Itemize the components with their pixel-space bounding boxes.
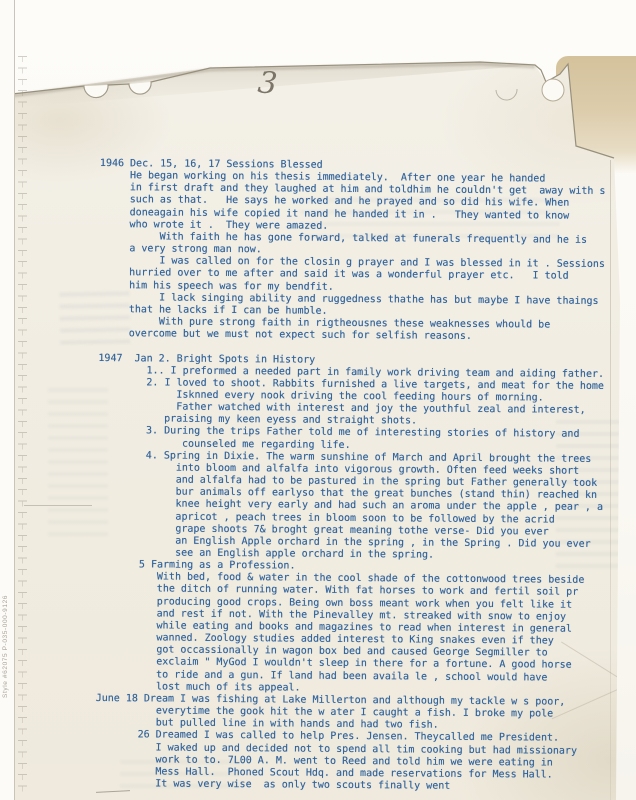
handwritten-page-number: 3 — [256, 65, 279, 102]
binding-perforation-marks — [18, 56, 27, 796]
paper-crease — [24, 505, 92, 506]
typewritten-journal-text: 1946 Dec. 15, 16, 17 Sessions Blessed He… — [95, 158, 606, 794]
binder-product-code: Style #62075 P-035-000-9126 — [2, 595, 9, 698]
page-right-edge — [610, 160, 611, 800]
